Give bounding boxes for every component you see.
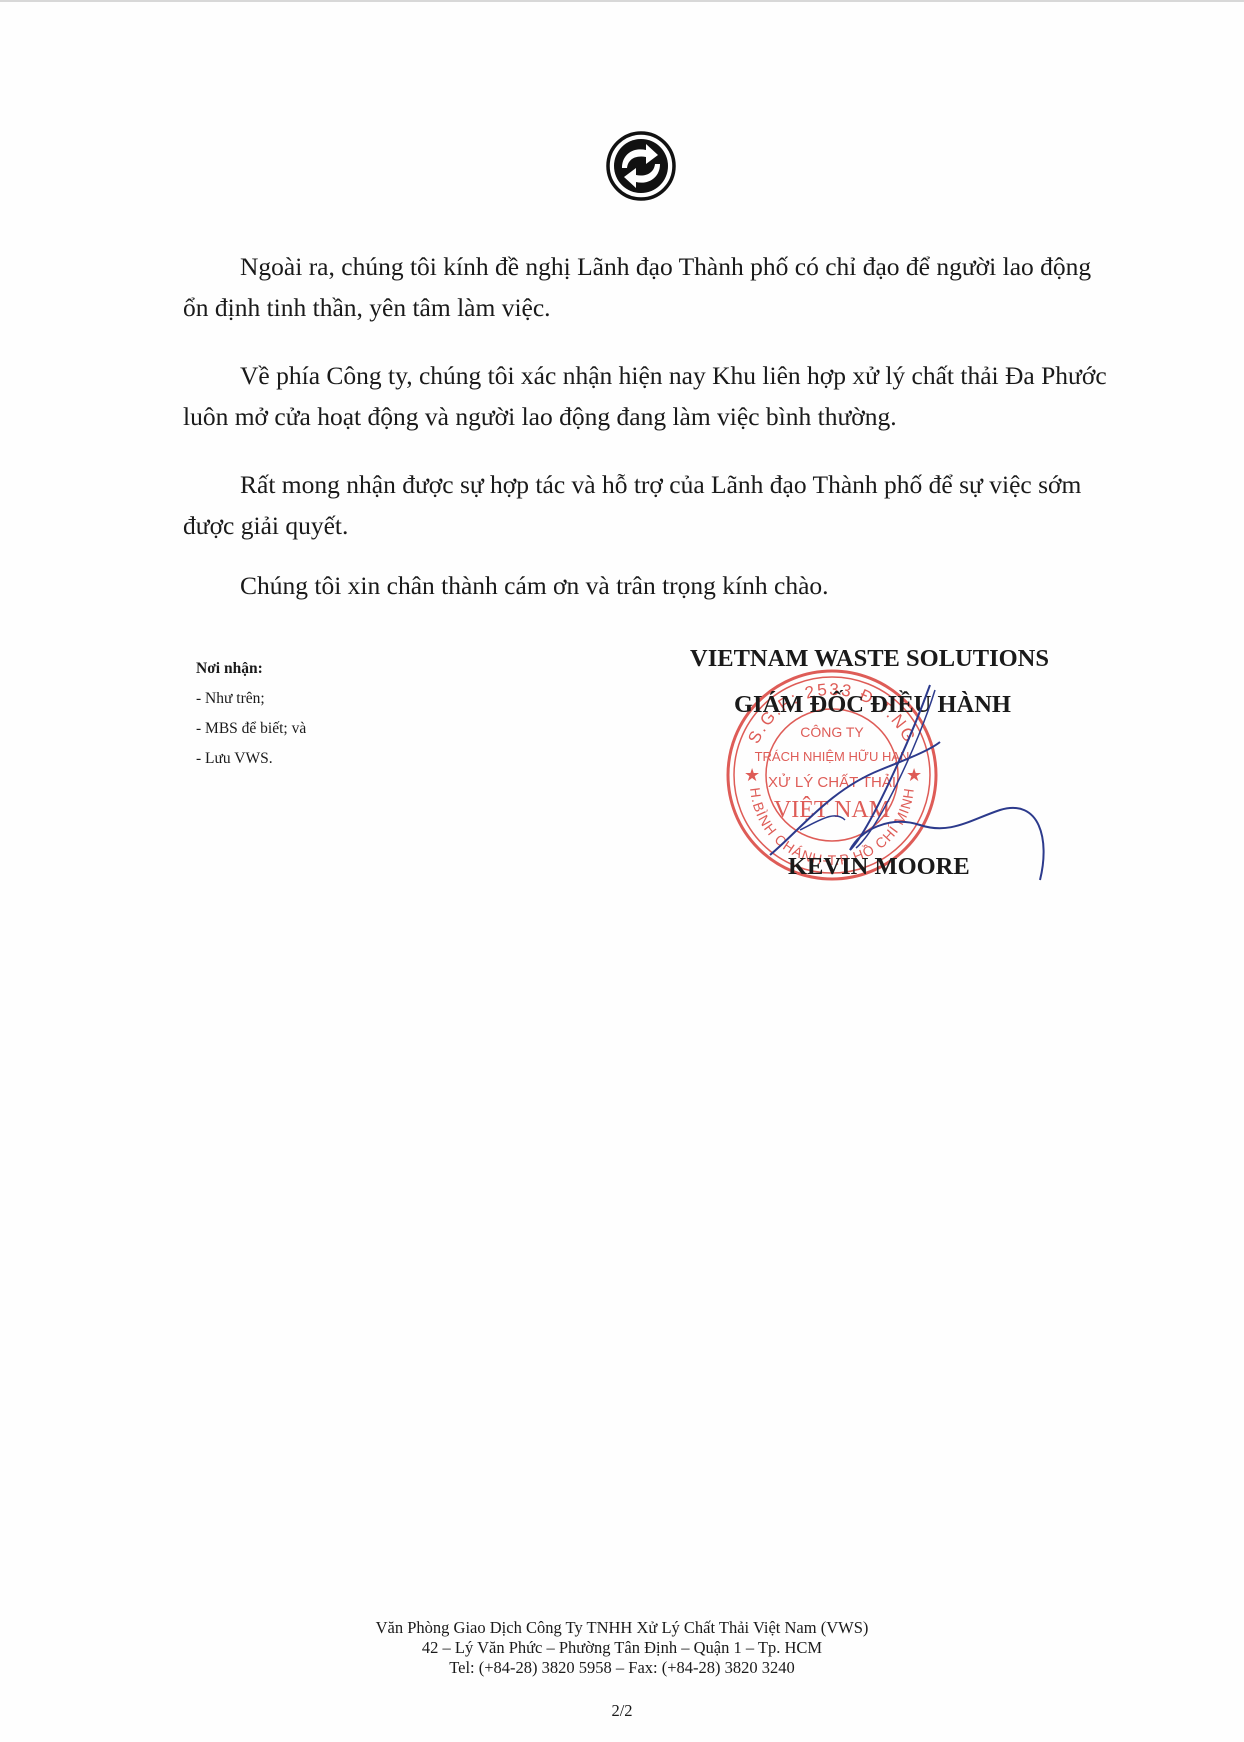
handwritten-signature xyxy=(760,680,1060,890)
closing-paragraph: Chúng tôi xin chân thành cám ơn và trân … xyxy=(183,565,1113,606)
footer-address: Văn Phòng Giao Dịch Công Ty TNHH Xử Lý C… xyxy=(0,1618,1244,1678)
page-edge xyxy=(0,0,1244,2)
footer-line: Văn Phòng Giao Dịch Công Ty TNHH Xử Lý C… xyxy=(0,1618,1244,1638)
recipient-item: - Lưu VWS. xyxy=(196,744,306,774)
svg-text:★: ★ xyxy=(744,765,760,786)
recipients-title: Nơi nhận: xyxy=(196,654,306,684)
body-paragraph: Về phía Công ty, chúng tôi xác nhận hiện… xyxy=(183,355,1113,437)
company-name: VIETNAM WASTE SOLUTIONS xyxy=(690,645,1049,673)
footer-line: 42 – Lý Văn Phức – Phường Tân Định – Quậ… xyxy=(0,1638,1244,1658)
recipients-list: Nơi nhận: - Như trên; - MBS để biết; và … xyxy=(196,654,306,774)
recipient-item: - MBS để biết; và xyxy=(196,714,306,744)
footer-line: Tel: (+84-28) 3820 5958 – Fax: (+84-28) … xyxy=(0,1658,1244,1678)
body-paragraph: Rất mong nhận được sự hợp tác và hỗ trợ … xyxy=(183,464,1113,546)
body-paragraph: Ngoài ra, chúng tôi kính đề nghị Lãnh đạ… xyxy=(183,246,1113,328)
recipient-item: - Như trên; xyxy=(196,684,306,714)
recycle-arrows-icon xyxy=(606,130,676,202)
page-number: 2/2 xyxy=(0,1701,1244,1721)
